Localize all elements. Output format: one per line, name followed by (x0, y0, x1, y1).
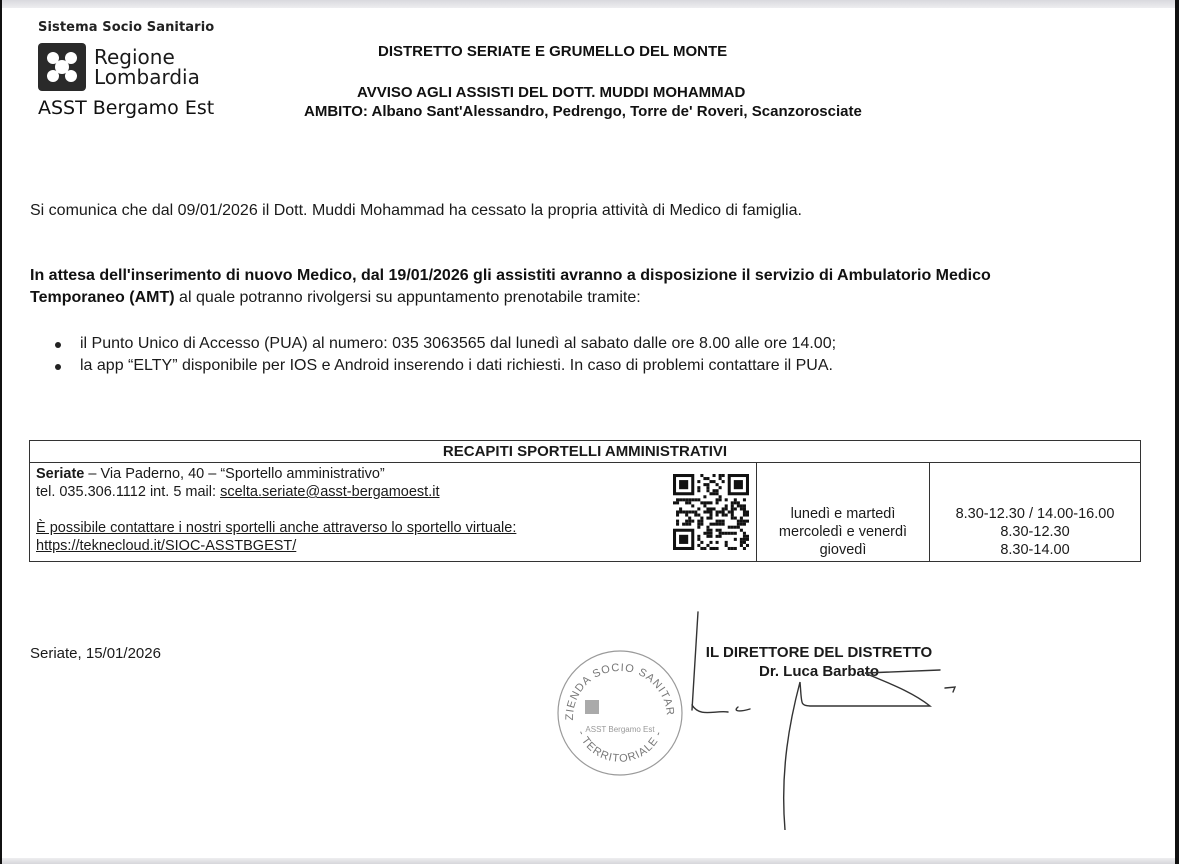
handwritten-signature (640, 610, 980, 830)
schedule-days: mercoledì e venerdì (757, 523, 929, 541)
place-date: Seriate, 15/01/2026 (30, 645, 161, 662)
announcement-paragraph: Si comunica che dal 09/01/2026 il Dott. … (30, 202, 802, 220)
schedule-hours: 8.30-12.30 (930, 523, 1140, 541)
window-bottom-edge (0, 858, 1179, 864)
window-right-edge (1175, 0, 1179, 864)
booking-options-list: il Punto Unico di Accesso (PUA) al numer… (55, 333, 836, 377)
notice-title: AVVISO AGLI ASSISTI DEL DOTT. MUDDI MOHA… (357, 84, 745, 101)
schedule-hours: 8.30-14.00 (930, 541, 1140, 559)
region-line-2: Lombardia (94, 67, 200, 87)
office-address: – Via Paderno, 40 – “Sportello amministr… (84, 466, 384, 482)
window-top-edge (0, 0, 1179, 8)
letterhead-logo: Sistema Socio Sanitario Regione Lombardi… (38, 20, 214, 119)
office-address-cell: Seriate – Via Paderno, 40 – “Sportello a… (30, 463, 666, 561)
amt-label: Temporaneo (AMT) (30, 289, 175, 306)
interim-service-paragraph: In attesa dell'inserimento di nuovo Medi… (30, 265, 991, 309)
qr-code-icon (673, 474, 749, 550)
schedule-days: giovedì (757, 541, 929, 559)
schedule-days: lunedì e martedì (757, 505, 929, 523)
virtual-desk-link[interactable]: https://teknecloud.it/SIOC-ASSTBGEST/ (36, 538, 296, 554)
stamp-logo-icon (585, 700, 599, 714)
agency-name: ASST Bergamo Est (38, 97, 214, 119)
offices-table-title: RECAPITI SPORTELLI AMMINISTRATIVI (30, 441, 1140, 463)
office-email-link[interactable]: scelta.seriate@asst-bergamoest.it (220, 484, 439, 500)
virtual-desk-note: È possibile contattare i nostri sportell… (36, 520, 516, 536)
window-left-edge (0, 0, 2, 864)
qr-code-cell (666, 463, 757, 561)
list-item: il Punto Unico di Accesso (PUA) al numer… (55, 333, 836, 355)
schedule-hours-cell: 8.30-12.30 / 14.00-16.00 8.30-12.30 8.30… (930, 463, 1140, 561)
list-item: la app “ELTY” disponibile per IOS e Andr… (55, 355, 836, 377)
lombardia-rose-icon (38, 43, 86, 91)
interim-bold-line: In attesa dell'inserimento di nuovo Medi… (30, 267, 991, 284)
offices-table: RECAPITI SPORTELLI AMMINISTRATIVI Seriat… (29, 440, 1141, 562)
scope-heading: AMBITO: Albano Sant'Alessandro, Pedrengo… (304, 103, 862, 120)
interim-rest: al quale potranno rivolgersi su appuntam… (175, 289, 641, 306)
office-tel: tel. 035.306.1112 int. 5 mail: (36, 484, 220, 500)
office-city: Seriate (36, 466, 84, 482)
schedule-days-cell: lunedì e martedì mercoledì e venerdì gio… (757, 463, 930, 561)
system-label: Sistema Socio Sanitario (38, 20, 214, 35)
schedule-hours: 8.30-12.30 / 14.00-16.00 (930, 505, 1140, 523)
district-heading: DISTRETTO SERIATE E GRUMELLO DEL MONTE (378, 43, 727, 60)
region-line-1: Regione (94, 47, 200, 67)
